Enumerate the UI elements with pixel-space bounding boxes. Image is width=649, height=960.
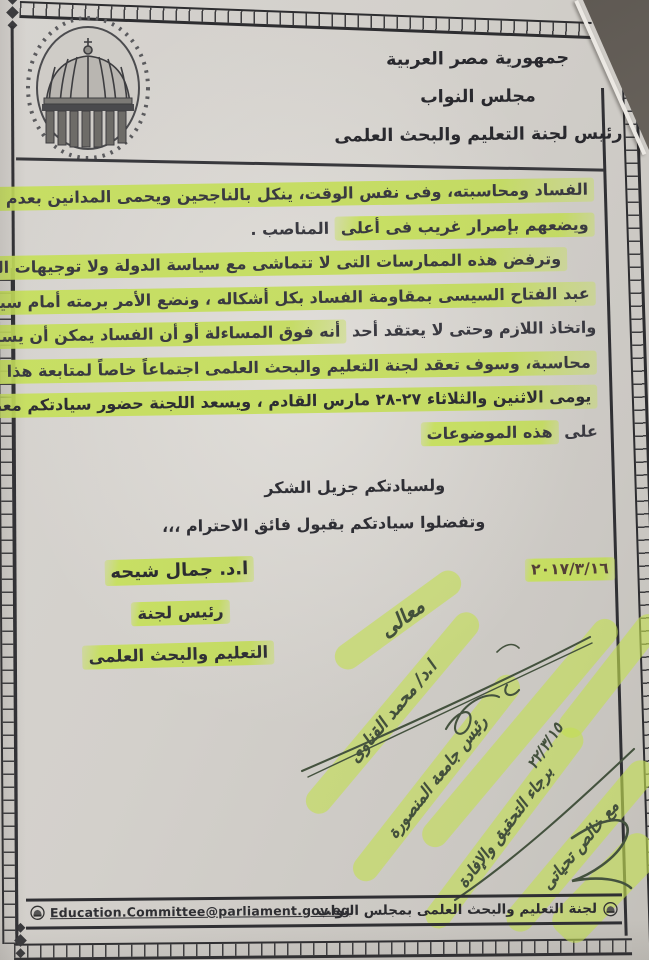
- highlighted-text: الفساد ومحاسبته، وفى نفس الوقت، ينكل بال…: [0, 178, 594, 213]
- letterhead-office: رئيس لجنة التعليم والبحث العلمى: [316, 114, 640, 155]
- letter-body: الفساد ومحاسبته، وفى نفس الوقت، ينكل بال…: [32, 173, 598, 458]
- closing-respect: وتفضلوا سيادتكم بقبول فائق الاحترام ،،،: [225, 503, 486, 544]
- signer-title-2: التعليم والبحث العلمى: [82, 640, 274, 669]
- letter-date: ٢٠١٧/٣/١٦: [505, 559, 635, 579]
- header-separator: [16, 157, 604, 171]
- closing-block: ولسيادتكم جزيل الشكر وتفضلوا سيادتكم بقب…: [224, 466, 485, 544]
- border-strip-bottom: [14, 938, 632, 960]
- highlighted-text: هذه الموضوعات: [420, 420, 558, 446]
- mini-emblem-icon: [603, 901, 618, 916]
- footer-email-text: Education.Committee@parliament.gov.eg: [50, 903, 350, 921]
- highlighted-text: وترفض هذه الممارسات التى لا تتماشى مع سي…: [0, 247, 567, 281]
- highlighted-text: ويضعهم بإصرار غريب فى أعلى: [335, 212, 595, 240]
- scanned-letter-photo: جمهورية مصر العربية مجلس النواب رئيس لجن…: [0, 0, 649, 960]
- footer-email: Education.Committee@parliament.gov.eg: [30, 903, 350, 921]
- letter-paper: جمهورية مصر العربية مجلس النواب رئيس لجن…: [0, 0, 649, 960]
- letterhead: جمهورية مصر العربية مجلس النواب رئيس لجن…: [315, 38, 640, 155]
- highlighted-text: محاسبة، وسوف تعقد لجنة التعليم والبحث ال…: [0, 350, 597, 385]
- closing-thanks: ولسيادتكم جزيل الشكر: [224, 466, 485, 507]
- highlighted-text: يومى الاثنين والثلاثاء ٢٧-٢٨ مارس القادم…: [0, 385, 598, 419]
- mini-emblem-icon: [30, 905, 45, 920]
- signer-name: ا.د. جمال شيحه: [104, 556, 255, 586]
- parliament-emblem: [22, 12, 154, 164]
- letterhead-parliament: مجلس النواب: [316, 76, 640, 117]
- signer-title-1: رئيس لجنة: [131, 600, 230, 627]
- highlighted-text: أنه فوق المساءلة أو أن الفساد يمكن أن يس…: [0, 320, 347, 351]
- handwritten-note: ا.د/ محمد القناوى: [345, 657, 441, 766]
- letterhead-country: جمهورية مصر العربية: [315, 38, 639, 79]
- footer-rule-bottom: [26, 921, 622, 929]
- corner-ornament-top-left: [6, 6, 19, 19]
- footer-committee-label: لجنة التعليم والبحث العلمى بمجلس النواب: [317, 901, 597, 919]
- signature-block: ا.د. جمال شيحه رئيس لجنة التعليم والبحث …: [86, 547, 274, 678]
